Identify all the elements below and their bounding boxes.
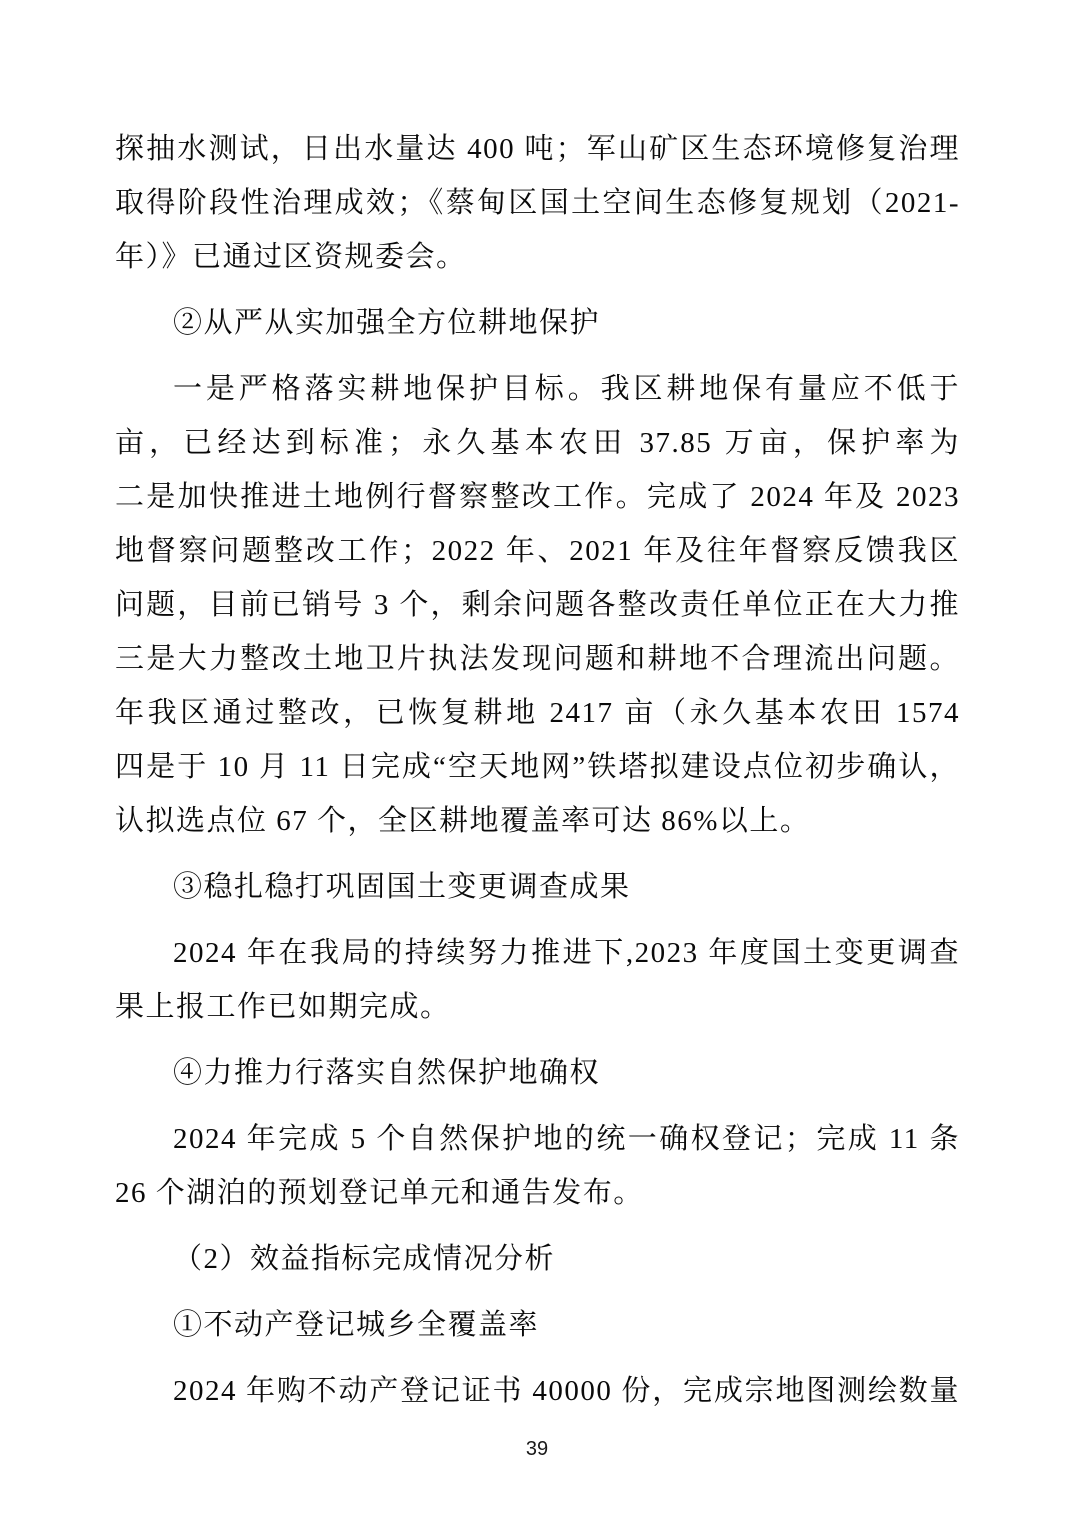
text-line: 三是大力整改土地卫片执法发现问题和耕地不合理流出问题。2024 <box>115 632 960 686</box>
heading-real-estate-coverage: ①不动产登记城乡全覆盖率 <box>115 1298 960 1352</box>
paragraph-land-protection: 一是严格落实耕地保护目标。我区耕地保有量应不低于 40.4 万 亩，已经达到标准… <box>115 362 960 848</box>
paragraph-real-estate: 2024 年购不动产登记证书 40000 份，完成宗地图测绘数量 270 <box>115 1364 960 1418</box>
heading-land-survey: ③稳扎稳打巩固国土变更调查成果 <box>115 860 960 914</box>
text-line: 一是严格落实耕地保护目标。我区耕地保有量应不低于 40.4 万 <box>115 362 960 416</box>
paragraph-nature-reserve: 2024 年完成 5 个自然保护地的统一确权登记；完成 11 条河流、 26 个… <box>115 1112 960 1220</box>
heading-line: ③稳扎稳打巩固国土变更调查成果 <box>115 860 960 914</box>
text-line: 四是于 10 月 11 日完成“空天地网”铁塔拟建设点位初步确认，确 <box>115 740 960 794</box>
heading-land-protection: ②从严从实加强全方位耕地保护 <box>115 296 960 350</box>
heading-line: ①不动产登记城乡全覆盖率 <box>115 1298 960 1352</box>
heading-nature-reserve: ④力推力行落实自然保护地确权 <box>115 1046 960 1100</box>
heading-line: ④力推力行落实自然保护地确权 <box>115 1046 960 1100</box>
text-line: 年）》已通过区资规委会。 <box>115 230 960 284</box>
text-line: 2024 年完成 5 个自然保护地的统一确权登记；完成 11 条河流、 <box>115 1112 960 1166</box>
text-line: 地督察问题整改工作；2022 年、2021 年及往年督察反馈我区 29 个 <box>115 524 960 578</box>
heading-line: （2）效益指标完成情况分析 <box>115 1232 960 1286</box>
text-line: 2024 年在我局的持续努力推进下,2023 年度国土变更调查的成 <box>115 926 960 980</box>
text-line: 年我区通过整改，已恢复耕地 2417 亩（永久基本农田 1574 亩）。 <box>115 686 960 740</box>
paragraph-land-survey: 2024 年在我局的持续努力推进下,2023 年度国土变更调查的成 果上报工作已… <box>115 926 960 1034</box>
paragraph-continuation: 探抽水测试，日出水量达 400 吨；军山矿区生态环境修复治理工程 取得阶段性治理… <box>115 122 960 284</box>
text-line: 亩，已经达到标准；永久基本农田 37.85 万亩，保护率为 93.69%。 <box>115 416 960 470</box>
text-line: 果上报工作已如期完成。 <box>115 980 960 1034</box>
text-line: 二是加快推进土地例行督察整改工作。完成了 2024 年及 2023 年土 <box>115 470 960 524</box>
text-line: 认拟选点位 67 个，全区耕地覆盖率可达 86%以上。 <box>115 794 960 848</box>
text-line: 探抽水测试，日出水量达 400 吨；军山矿区生态环境修复治理工程 <box>115 122 960 176</box>
text-line: 2024 年购不动产登记证书 40000 份，完成宗地图测绘数量 270 <box>115 1364 960 1418</box>
document-body: 探抽水测试，日出水量达 400 吨；军山矿区生态环境修复治理工程 取得阶段性治理… <box>115 122 960 1418</box>
heading-benefit-indicators: （2）效益指标完成情况分析 <box>115 1232 960 1286</box>
text-line: 26 个湖泊的预划登记单元和通告发布。 <box>115 1166 960 1220</box>
text-line: 取得阶段性治理成效；《蔡甸区国土空间生态修复规划（2021-2035 <box>115 176 960 230</box>
heading-line: ②从严从实加强全方位耕地保护 <box>115 296 960 350</box>
page-number: 39 <box>0 1438 1074 1461</box>
text-line: 问题，目前已销号 3 个，剩余问题各整改责任单位正在大力推进。 <box>115 578 960 632</box>
